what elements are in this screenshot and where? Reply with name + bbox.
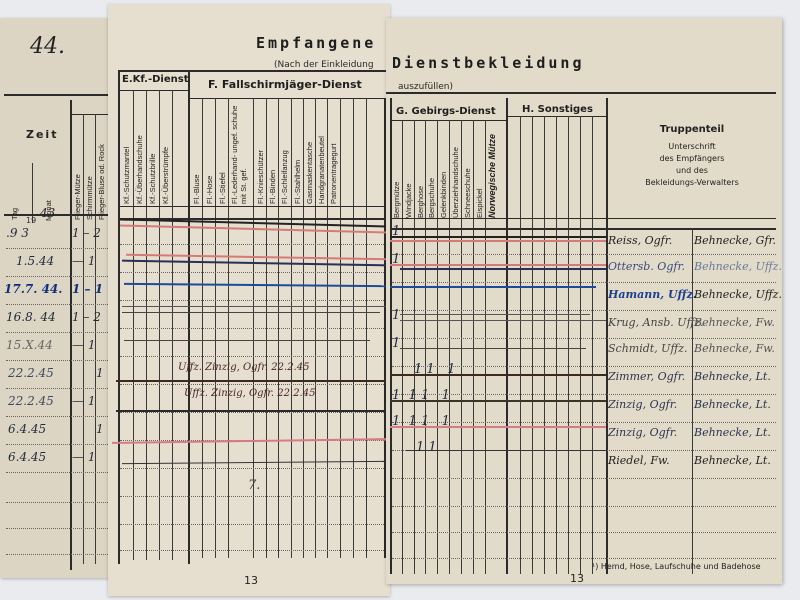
page-number: 13 [244,574,258,587]
column-header: Handgranatenbeutel [317,120,326,204]
rule [386,92,776,94]
rule [190,98,386,99]
column-header: Bergmütze [392,184,401,218]
divider [159,90,160,560]
divider [506,98,508,574]
title-right: Dienstbekleidung [392,54,585,72]
row-flieger: 1 – 2 [72,226,101,240]
divider [172,90,173,560]
handwritten-column-header: Norwegische Mütze [487,122,497,218]
dotted-row [6,444,110,445]
dotted-row [120,524,384,525]
ink-line [390,286,596,288]
signature-recipient: Riedel, Fw. [608,454,670,467]
dotted-row [6,502,110,503]
row-date: 15.X.44 [6,338,53,352]
subtitle-left: (Nach der Einkleidung [274,60,374,70]
row-g-entries: 1 1 1 1 [392,388,450,403]
divider [188,70,190,564]
column-header: Überziehhandschuhe [451,144,460,218]
dotted-row [6,554,110,555]
rule [118,206,386,207]
ink-line [390,240,606,242]
row-flieger: — 1 [72,450,95,464]
row-flieger: 1 – 2 [72,310,101,324]
row-flieger: — 1 [72,254,95,268]
signature-officer: Behnecke, Fw. [694,342,775,355]
ink-line [124,340,370,341]
signature-recipient: Zinzig, Ogfr. [608,426,677,439]
dotted-row [120,272,384,273]
dotted-row [120,300,384,301]
divider [118,70,120,564]
column-header: Kf.-Überhandschuhe [135,114,144,204]
dotted-row [120,496,384,497]
group-e-label: E.Kf.-Dienst [122,74,189,85]
divider [133,90,134,560]
row-g-entries: 1 1 [416,440,437,455]
dotted-row [120,412,384,413]
row-date: 1.5.44 [16,254,54,268]
dotted-row [6,332,110,333]
signature-officer: Behnecke, Lt. [694,454,771,467]
divider [692,228,693,574]
column-header: Fl.-Knieschützer [256,144,265,204]
rule [390,218,776,219]
dotted-row [6,360,110,361]
column-header: Gasmaskentasche [305,134,314,204]
rule [72,114,110,115]
ink-line [400,348,586,349]
row-g-entries: 1 [392,308,400,323]
rule [118,70,390,72]
zeit-label: Zeit [26,128,58,141]
handwritten-note: Uffz. Zinzig, Ogfr. 22.2.45 [184,388,315,399]
row-date: 6.4.45 [8,450,46,464]
column-header: Fl.-Hose [205,170,214,204]
dotted-row [120,244,384,245]
signature-officer: Behnecke, Lt. [694,426,771,439]
column-header: Berghose [416,186,425,218]
column-header: Kf.-Schutzbrille [148,130,157,204]
signature-recipient: Reiss, Ogfr. [608,234,672,247]
truppenteil-line: des Empfängers [608,154,776,163]
subtitle-right: auszufüllen) [398,82,453,92]
column-header: Fl.-Stahlhelm [293,150,302,204]
dotted-row [120,356,384,357]
column-header: Eispickel [475,184,484,218]
row-date: 6.4.45 [8,422,46,436]
signature-recipient: Zimmer, Ogfr. [608,370,685,383]
row-g-entries: 1 1 1 [414,362,455,377]
rule [390,120,506,121]
ink-line [112,438,388,444]
dotted-row [392,282,776,283]
signature-recipient: Ottersb. Ogfr. [608,260,685,273]
dotted-row [6,472,110,473]
page-number: 13 [570,572,584,585]
column-header: Bergschuhe [427,178,436,218]
divider [146,90,147,560]
dotted-row [392,558,776,559]
rule [390,228,776,230]
column-header: Fl.-Stiefel [218,166,227,204]
signature-officer: Behnecke, Lt. [694,398,771,411]
row-g-entries: 1 [392,336,400,351]
ink-line [400,320,606,321]
middle-page: Empfangene (Nach der Einkleidung E.Kf.-D… [108,4,390,596]
signature-recipient: Hamann, Uffz. [608,288,697,301]
rule [118,90,190,91]
row-date: 16.8. 44 [6,310,56,324]
column-header: Fl.-Binden [268,164,277,204]
dotted-row [120,328,384,329]
column-header: Kf.-Überstrümpfe [161,124,170,204]
column-header: Schneeschuhe [463,166,472,218]
signature-officer: Behnecke, Lt. [694,370,771,383]
row-flieger: — 1 [72,394,95,408]
truppenteil-line: Bekleidungs-Verwalters [608,178,776,187]
stray-mark: 7. [248,478,260,493]
row-g-entries: 1 [392,224,400,239]
ink-line [116,410,392,412]
signature-officer: Behnecke, Gfr. [694,234,776,247]
ink-line [122,260,388,267]
corner-note: 44. [30,34,65,59]
row-date: .9 3 [6,226,29,240]
ink-line [124,283,386,287]
column-header: Fl.-Schleifanzug [280,144,289,204]
signature-recipient: Zinzig, Ogfr. [608,398,677,411]
row-date: 17.7. 44. [4,282,62,296]
right-page: Dienstbekleidung auszufüllen) G. Gebirgs… [386,18,782,584]
truppenteil-line: und des [608,166,776,175]
year-prefix: 19 [26,216,36,225]
dotted-row [392,506,776,507]
handwritten-note: Uffz. Zinzig, Ogfr. 22.2.45 [178,362,309,373]
ink-line [390,236,606,238]
row-g-entries: 1 [392,252,400,267]
ink-line [400,268,606,270]
signature-officer: Behnecke, Fw. [694,316,775,329]
dotted-row [392,532,776,533]
column-flieger-muetze: Flieger-Mütze [73,168,82,220]
dotted-row [6,248,110,249]
ink-line [122,306,388,307]
column-header: Windjacke [404,180,413,218]
group-h-label: H. Sonstiges [522,104,593,115]
dotted-row [392,310,776,311]
year-handwritten: 43 [40,206,55,220]
dotted-row [6,276,110,277]
footnote: ¹) Hemd, Hose, Laufschuhe und Badehose [592,562,761,571]
column-header: Kf.-Schutzmantel [122,128,131,204]
group-f-label: F. Fallschirmjäger-Dienst [208,78,362,91]
ink-line [390,264,606,266]
signature-officer: Behnecke, Uffz. [694,260,782,273]
row-flieger: 1 – 1 [72,282,103,296]
title-left: Empfangene [256,34,376,52]
dotted-row [6,416,110,417]
dotted-row [6,304,110,305]
column-header: Fl.-Lederhand- ungef. schuhe mit St. gef… [230,104,250,204]
group-g-label: G. Gebirgs-Dienst [396,106,496,117]
divider [70,100,72,570]
dotted-row [392,478,776,479]
ink-line [126,254,388,261]
truppenteil-heading: Truppenteil [608,124,776,135]
row-flieger: 1 [96,366,104,380]
row-date: 22.2.45 [8,366,54,380]
ink-line [116,380,392,382]
ink-line [122,312,380,313]
column-header: Gelenkbinden [439,164,448,218]
column-flieger-bluse: Flieger-Bluse od. Rock [97,130,106,220]
row-flieger: — 1 [72,338,95,352]
signature-recipient: Schmidt, Uffz. [608,342,688,355]
ink-line [400,314,590,315]
row-date: 22.2.45 [8,394,54,408]
column-header: Patronentragegurt [329,128,338,204]
rule [4,94,110,96]
ink-line [122,461,388,464]
dotted-row [6,528,110,529]
row-g-entries: 1 1 1 1 [392,414,450,429]
signature-officer: Behnecke, Uffz. [694,288,782,301]
truppenteil-line: Unterschrift [608,142,776,151]
dotted-row [392,338,776,339]
rule [4,214,110,216]
left-page: 44. Zeit Tag Monat Flieger-Mütze Schirmm… [0,18,112,578]
column-header: Fl.-Bluse [192,164,201,204]
dotted-row [120,550,384,551]
row-flieger: 1 [96,422,104,436]
dotted-row [120,468,384,469]
dotted-row [6,388,110,389]
dotted-row [120,384,384,385]
dotted-row [392,254,776,255]
signature-recipient: Krug, Ansb. Uffz. [608,316,704,329]
